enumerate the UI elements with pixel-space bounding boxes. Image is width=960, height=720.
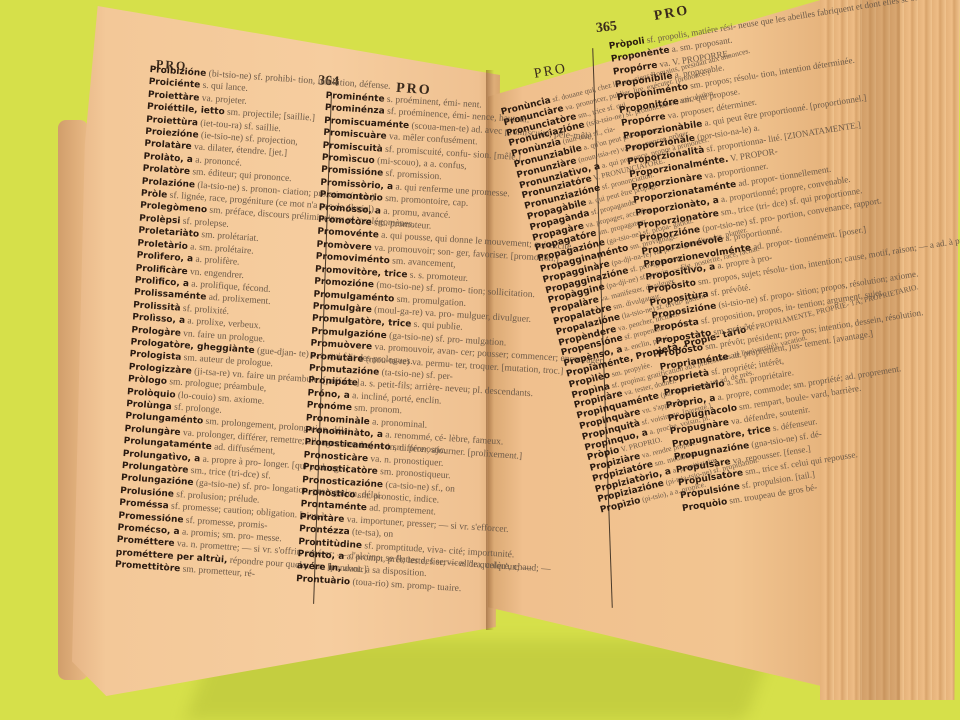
right-page-number: 365 (595, 19, 618, 37)
right-page-header-right: PRO (653, 3, 691, 25)
photo-scene: PRO 364 PRO PRO 365 PRO Proibizióne (bi-… (0, 0, 960, 720)
